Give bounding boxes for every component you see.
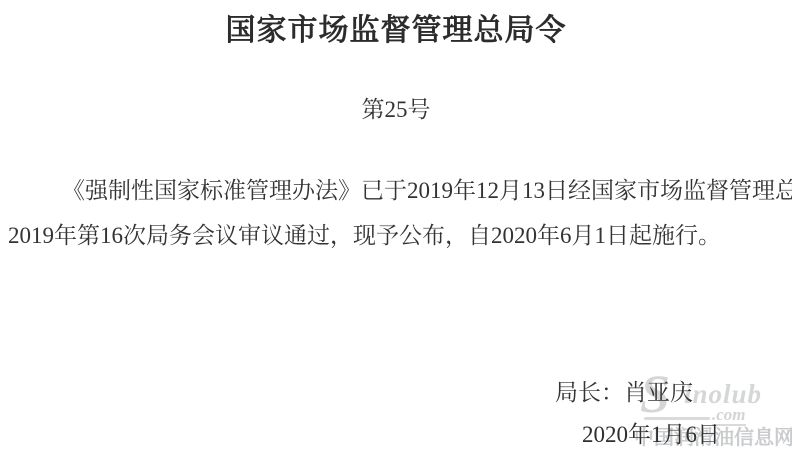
- document-title: 国家市场监督管理总局令: [0, 5, 792, 49]
- signature-date: 2020年1月6日: [582, 416, 720, 449]
- signature-director-name: 局长：肖亚庆: [555, 374, 693, 407]
- document-body: 《强制性国家标准管理办法》已于2019年12月13日经国家市场监督管理总局 20…: [0, 168, 792, 258]
- decree-number: 第25号: [0, 91, 792, 124]
- watermark-logo-text: inolub: [684, 381, 762, 408]
- body-text-line-1: 《强制性国家标准管理办法》已于2019年12月13日经国家市场监督管理总局: [8, 168, 789, 213]
- body-text-line-2: 2019年第16次局务会议审议通过，现予公布，自2020年6月1日起施行。: [8, 213, 789, 258]
- decree-document-page: 国家市场监督管理总局令 第25号 《强制性国家标准管理办法》已于2019年12月…: [0, 0, 792, 457]
